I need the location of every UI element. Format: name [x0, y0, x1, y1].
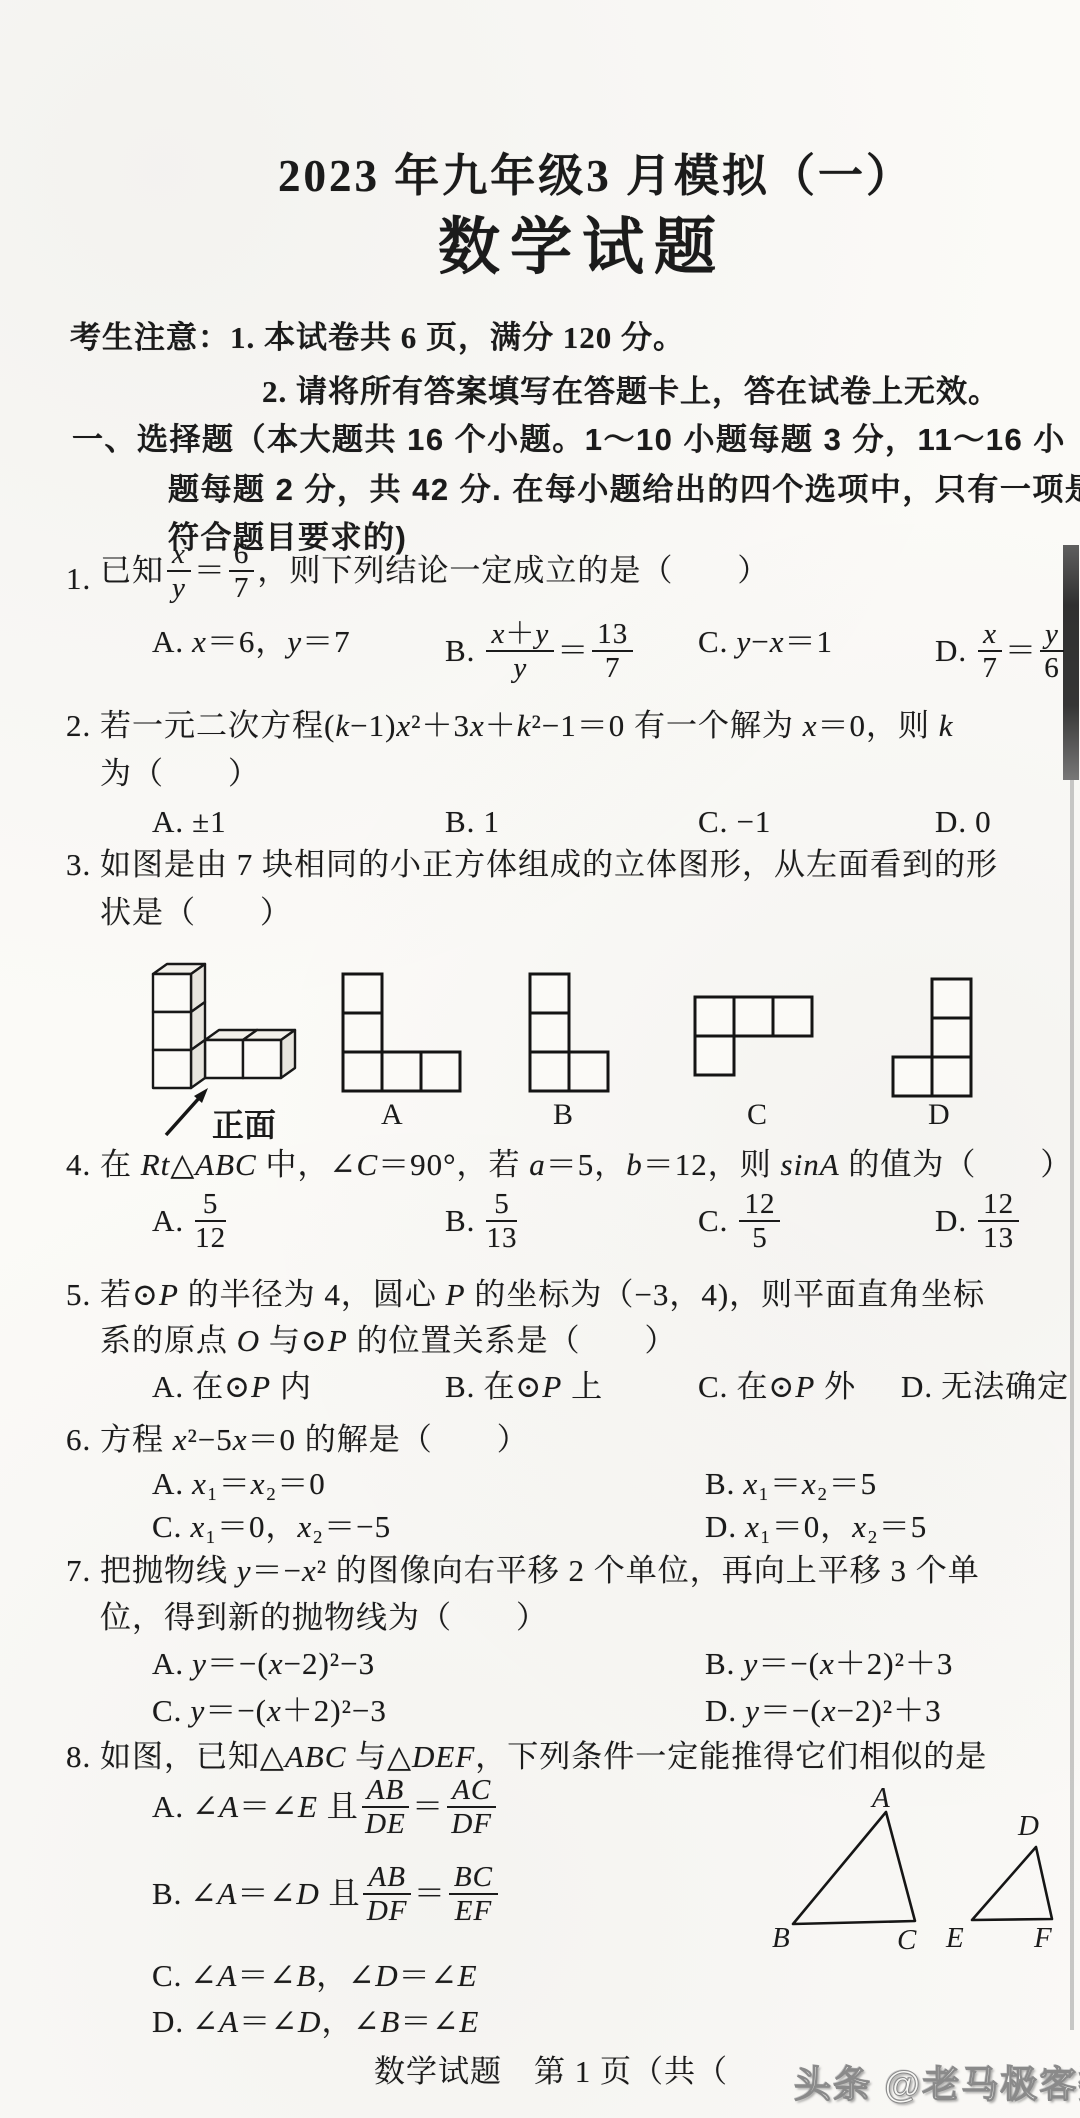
q7-option-c-text: y＝−(x＋2)²−3	[190, 1693, 386, 1728]
q1-option-b-label: B.	[445, 631, 475, 671]
q4-option-b: B.513	[445, 1192, 520, 1256]
triangle-vertex-e: E	[946, 1922, 964, 1955]
q6-number: 6.	[66, 1420, 91, 1460]
q4-option-a: A.512	[152, 1192, 229, 1256]
section-header-line-2: 题每题 2 分，共 42 分. 在每小题给出的四个选项中，只有一项是	[168, 470, 1080, 510]
page-footer: 数学试题 第 1 页（共（	[374, 2052, 728, 2092]
q6-option-c: C.x₁＝0，x₂＝−5	[152, 1507, 391, 1547]
q2-stem-line-1: 若一元二次方程(k−1)x²＋3x＋k²−1＝0 有一个解为 x＝0，则 k	[100, 706, 954, 746]
q4-option-c: C.125	[698, 1192, 783, 1256]
q7-option-c: C.y＝−(x＋2)²−3	[152, 1691, 387, 1731]
q3-stem-line-2: 状是（ ）	[100, 893, 292, 933]
q4-option-b-text: 513	[483, 1203, 520, 1238]
q7-stem-line-2: 位，得到新的抛物线为（ ）	[100, 1598, 548, 1638]
q5-option-d-label: D.	[901, 1367, 933, 1407]
q8-stem: 如图，已知△ABC 与△DEF，下列条件一定能推得它们相似的是	[100, 1737, 987, 1777]
q7-option-b: B.y＝−(x＋2)²＋3	[705, 1644, 953, 1684]
q5-option-a: A.在⊙P 内	[152, 1367, 312, 1407]
q8-option-c: C.∠A＝∠B，∠D＝∠E	[152, 1956, 478, 1996]
q1-option-b-text: x＋yy＝137	[483, 633, 636, 668]
q2-option-a: A.±1	[152, 802, 227, 842]
q8-option-d-text: ∠A＝∠D，∠B＝∠E	[192, 2004, 479, 2039]
q7-option-a: A.y＝−(x−2)²−3	[152, 1644, 375, 1684]
triangle-vertex-c: C	[897, 1924, 916, 1957]
triangle-vertex-f: F	[1034, 1922, 1052, 1955]
q6-option-a-text: x₁＝x₂＝0	[192, 1466, 326, 1501]
q4-option-d: D.1213	[935, 1192, 1022, 1256]
q1-number: 1.	[66, 559, 91, 599]
q4-option-c-label: C.	[698, 1201, 728, 1241]
q8-option-a-label: A.	[152, 1787, 184, 1827]
q7-option-b-text: y＝−(x＋2)²＋3	[743, 1646, 953, 1681]
q7-option-d: D.y＝−(x−2)²＋3	[705, 1691, 942, 1731]
q3-stem-line-1: 如图是由 7 块相同的小正方体组成的立体图形，从左面看到的形	[100, 845, 998, 885]
q8-option-c-text: ∠A＝∠B，∠D＝∠E	[190, 1958, 477, 1993]
front-face-label: 正面	[212, 1100, 276, 1146]
notice-line-2: 2. 请将所有答案填写在答题卡上，答在试卷上无效。	[262, 372, 1000, 412]
q8-option-d: D.∠A＝∠D，∠B＝∠E	[152, 2002, 479, 2042]
q4-stem: 在 Rt△ABC 中，∠C＝90°，若 a＝5，b＝12，则 sinA 的值为（…	[100, 1145, 1072, 1185]
q6-option-c-text: x₁＝0，x₂＝−5	[190, 1509, 391, 1544]
notice-label: 考生注意：	[70, 320, 230, 355]
q2-option-d: D.0	[935, 802, 992, 842]
q6-option-a-label: A.	[152, 1464, 184, 1504]
q4-option-c-text: 125	[736, 1203, 783, 1238]
q2-option-d-label: D.	[935, 802, 967, 842]
q6-option-b-label: B.	[705, 1464, 735, 1504]
q4-option-a-text: 512	[192, 1203, 229, 1238]
notice-line-1: 考生注意：1. 本试卷共 6 页，满分 120 分。	[70, 318, 685, 358]
q7-option-a-text: y＝−(x−2)²−3	[192, 1646, 375, 1681]
q2-option-c-text: −1	[736, 804, 771, 839]
q2-option-c: C.−1	[698, 802, 771, 842]
q7-number: 7.	[66, 1551, 91, 1591]
q4-option-d-text: 1213	[975, 1203, 1022, 1238]
q3-number: 3.	[66, 845, 91, 885]
q6-option-a: A.x₁＝x₂＝0	[152, 1464, 326, 1504]
exam-title: 2023 年九年级3 月模拟（一）	[278, 150, 914, 202]
q1-option-b: B.x＋yy＝137	[445, 622, 636, 686]
notice-item-1: 1. 本试卷共 6 页，满分 120 分。	[230, 320, 685, 355]
q7-option-d-label: D.	[705, 1691, 737, 1731]
exam-subtitle: 数学试题	[438, 213, 726, 283]
q2-stem-line-2: 为（ ）	[100, 754, 260, 794]
q5-option-a-label: A.	[152, 1367, 184, 1407]
q1-stem: 已知xy＝67，则下列结论一定成立的是（ ）	[100, 542, 769, 606]
view-option-shape-a	[341, 972, 462, 1093]
q4-option-d-label: D.	[935, 1201, 967, 1241]
view-option-shape-c	[693, 995, 814, 1077]
q5-option-d: D.无法确定	[901, 1367, 1069, 1407]
q5-stem-line-2: 系的原点 O 与⊙P 的位置关系是（ ）	[100, 1321, 677, 1361]
q8-option-d-label: D.	[152, 2002, 184, 2042]
triangle-vertex-b: B	[772, 1922, 790, 1955]
q1-option-d-text: x7＝y6	[975, 633, 1067, 668]
q1-option-c: C.y−x＝1	[698, 622, 833, 662]
q5-option-c: C.在⊙P 外	[698, 1367, 856, 1407]
q1-option-c-text: y−x＝1	[736, 624, 833, 659]
q2-option-b-label: B.	[445, 802, 475, 842]
section-header-line-1: 一、选择题（本大题共 16 个小题。1～10 小题每题 3 分，11～16 小	[72, 420, 1066, 460]
q2-option-c-label: C.	[698, 802, 728, 842]
q2-option-b-text: 1	[483, 804, 500, 839]
q7-stem-line-1: 把抛物线 y＝−x² 的图像向右平移 2 个单位，再向上平移 3 个单	[100, 1551, 980, 1591]
q5-option-b: B.在⊙P 上	[445, 1367, 603, 1407]
q8-option-c-label: C.	[152, 1956, 182, 1996]
q8-number: 8.	[66, 1737, 91, 1777]
q6-option-d-text: x₁＝0，x₂＝5	[745, 1509, 927, 1544]
shape-label-c: C	[747, 1098, 767, 1132]
q5-number: 5.	[66, 1275, 91, 1315]
q5-option-c-label: C.	[698, 1367, 728, 1407]
view-option-shape-d	[891, 977, 973, 1098]
q1-option-a: A.x＝6，y＝7	[152, 622, 351, 662]
q6-option-b: B.x₁＝x₂＝5	[705, 1464, 877, 1504]
scan-edge-line	[1070, 780, 1074, 2030]
q1-option-c-label: C.	[698, 622, 728, 662]
q6-option-d-label: D.	[705, 1507, 737, 1547]
triangle-vertex-a: A	[872, 1782, 890, 1815]
q5-option-a-text: 在⊙P 内	[192, 1369, 312, 1404]
q8-option-b: B.∠A＝∠D 且ABDF＝BCEF	[152, 1865, 501, 1929]
q7-option-c-label: C.	[152, 1691, 182, 1731]
view-option-shape-b	[528, 972, 610, 1093]
q1-option-d: D.x7＝y6	[935, 622, 1067, 686]
notice-item-2: 2. 请将所有答案填写在答题卡上，答在试卷上无效。	[262, 374, 1000, 409]
q4-number: 4.	[66, 1145, 91, 1185]
shape-label-d: D	[928, 1098, 950, 1132]
shape-label-a: A	[381, 1098, 403, 1132]
q2-option-d-text: 0	[975, 804, 992, 839]
q1-option-a-label: A.	[152, 622, 184, 662]
q6-stem: 方程 x²−5x＝0 的解是（ ）	[100, 1420, 529, 1460]
q7-option-d-text: y＝−(x−2)²＋3	[745, 1693, 941, 1728]
q8-option-a-text: ∠A＝∠E 且ABDE＝ACDF	[192, 1789, 499, 1824]
q6-option-c-label: C.	[152, 1507, 182, 1547]
q1-option-d-label: D.	[935, 631, 967, 671]
q8-option-b-label: B.	[152, 1874, 182, 1914]
q5-option-c-text: 在⊙P 外	[736, 1369, 856, 1404]
triangle-vertex-d: D	[1018, 1810, 1039, 1843]
q2-option-a-label: A.	[152, 802, 184, 842]
q8-option-b-text: ∠A＝∠D 且ABDF＝BCEF	[190, 1876, 501, 1911]
q8-option-a: A.∠A＝∠E 且ABDE＝ACDF	[152, 1778, 499, 1842]
q6-option-b-text: x₁＝x₂＝5	[743, 1466, 877, 1501]
q7-option-a-label: A.	[152, 1644, 184, 1684]
q6-option-d: D.x₁＝0，x₂＝5	[705, 1507, 927, 1547]
q1-option-a-text: x＝6，y＝7	[192, 624, 351, 659]
watermark: 头条 @老马极客数学	[794, 2054, 1080, 2108]
q2-option-a-text: ±1	[192, 804, 227, 839]
q5-option-b-label: B.	[445, 1367, 475, 1407]
q2-number: 2.	[66, 706, 91, 746]
q5-option-d-text: 无法确定	[941, 1369, 1069, 1404]
q5-option-b-text: 在⊙P 上	[483, 1369, 603, 1404]
exam-page: 2023 年九年级3 月模拟（一） 数学试题 考生注意：1. 本试卷共 6 页，…	[0, 0, 1080, 2118]
shape-label-b: B	[553, 1098, 573, 1132]
q4-option-a-label: A.	[152, 1201, 184, 1241]
q4-option-b-label: B.	[445, 1201, 475, 1241]
q2-option-b: B.1	[445, 802, 500, 842]
q7-option-b-label: B.	[705, 1644, 735, 1684]
scan-edge-shadow	[1063, 545, 1079, 780]
q5-stem-line-1: 若⊙P 的半径为 4，圆心 P 的坐标为（−3，4)，则平面直角坐标	[100, 1275, 985, 1315]
